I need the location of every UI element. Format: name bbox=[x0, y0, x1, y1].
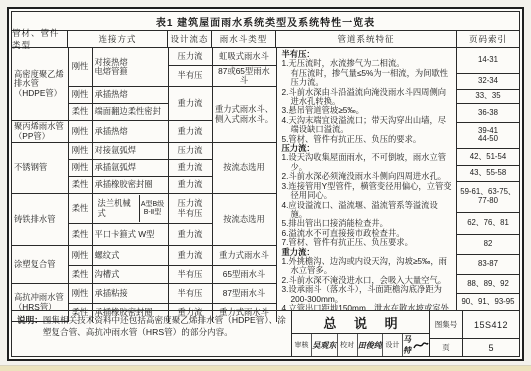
checker-label: 校对 bbox=[338, 334, 358, 356]
material-cell: 铸铁排水管 bbox=[12, 194, 68, 246]
column-header-flow: 设计流态 bbox=[168, 31, 212, 47]
connection-label: 法兰机械式 bbox=[95, 195, 140, 222]
flow-cell: 压力流 半有压 bbox=[168, 194, 212, 224]
table-header: 管材、管件类型 连接方式 设计流态 雨水斗类型 管道系统特征 页码索引 bbox=[12, 31, 519, 48]
note-cell: 说明： 图集相关技术资料中还包括高密度聚乙烯排水管（HDPE管）、涂塑复合管、高… bbox=[12, 311, 292, 356]
page-index-cell: 88、89、92 bbox=[457, 275, 519, 294]
rigidity-cell: 柔性 bbox=[68, 224, 92, 246]
flow-cell: 重力流 bbox=[168, 177, 212, 194]
rigidity-cell: 刚性 bbox=[68, 284, 92, 304]
feature-item: 4.应设溢流口、溢流堰、溢流管系等溢流设施。 bbox=[282, 201, 454, 220]
general-title: 总 说 明 bbox=[292, 311, 429, 334]
feature-item: 4.天沟末端宜设溢流口；带天沟穿出山墙，尽端设缺口溢流。 bbox=[282, 116, 454, 135]
atlas-number: 15S412 bbox=[463, 311, 519, 339]
material-cell: 高密度聚乙烯排水管（HDPE管） bbox=[12, 48, 68, 121]
flow-cell: 压力流 bbox=[168, 143, 212, 160]
feature-item: 3.连接管用Y型管件，横管变径用偏心，立管变径用同心。 bbox=[282, 182, 454, 201]
rigidity-cell: 刚性 bbox=[68, 48, 92, 87]
page-index-cell: 82 bbox=[457, 235, 519, 255]
flow-cell: 半有压 bbox=[168, 284, 212, 304]
rigidity-cell: 柔性 bbox=[68, 177, 92, 194]
flow-cell: 重力流 bbox=[168, 224, 212, 246]
page-index-cell: 33、35 bbox=[457, 90, 519, 105]
note-text: 图集相关技术资料中还包括高密度聚乙烯排水管（HDPE管）、涂塑复合管、高抗冲雨水… bbox=[43, 315, 286, 356]
drain-type-cell: 虹吸式雨水斗 bbox=[212, 48, 276, 65]
page-number-label: 页 bbox=[430, 339, 462, 356]
material-cell: 聚丙烯雨水管（PP管） bbox=[12, 121, 68, 143]
signature-mark-icon bbox=[413, 340, 429, 350]
connection-cell: 承插热熔 bbox=[92, 121, 168, 143]
atlas-number-label: 图集号 bbox=[430, 311, 462, 339]
connection-cell: 平口卡箍式 W型 bbox=[92, 224, 168, 246]
connection-cell: 法兰机械式 A型B级 B-Ⅱ型 bbox=[92, 194, 168, 224]
connection-cell: 端面翻边柔性密封 bbox=[92, 104, 168, 121]
designer-name: 马 特 bbox=[403, 334, 411, 356]
connection-cell: 承插橡胶密封圈 bbox=[92, 177, 168, 194]
flow-cell: 重力流 bbox=[168, 121, 212, 143]
feature-item: 2.斗前水深由斗沿溢流向淹没雨水斗四周侧向进水孔转换。 bbox=[282, 88, 454, 107]
page-index-cell: 42、51-54 bbox=[457, 149, 519, 165]
drain-type-cell: 87或65型雨水斗 bbox=[212, 65, 276, 87]
feature-item: 1.无压流时，水流掺气为二相流。 有压流时，掺气量≤5%为一相流，为间歇性压力流… bbox=[282, 59, 454, 87]
flow-cell: 重力流 bbox=[168, 87, 212, 121]
title-block-labels: 图集号 页 bbox=[429, 311, 463, 356]
rigidity-cell: 刚性 bbox=[68, 143, 92, 160]
signature-row: 审核 吴观东 校对 田俊纯 设计 马 特 bbox=[292, 334, 429, 356]
page-index-cell: 62、76、81 bbox=[457, 213, 519, 235]
rigidity-cell: 柔性 bbox=[68, 104, 92, 121]
drawing-frame: 表1 建筑屋面雨水系统类型及系统特性一览表 管材、管件类型 连接方式 设计流态 … bbox=[7, 7, 524, 361]
drain-type-cell: 按流态选用 bbox=[212, 143, 276, 194]
page-index-cell: 90、91、93-95 bbox=[457, 294, 519, 310]
flow-cell: 压力流 bbox=[168, 48, 212, 65]
column-header-drain: 雨水斗类型 bbox=[212, 31, 276, 47]
rigidity-cell: 刚性 bbox=[68, 121, 92, 143]
page-index-cell: 83-87 bbox=[457, 255, 519, 275]
flow-cell: 重力流 bbox=[168, 160, 212, 177]
column-header-feature: 管道系统特征 bbox=[276, 31, 457, 47]
table-body: 高密度聚乙烯排水管（HDPE管） 刚性 对接热熔 电熔管箍 压力流 虹吸式雨水斗… bbox=[12, 48, 519, 310]
feature-item: 1.设天沟收集屋面雨水，不可倒坡，雨水立管少。 bbox=[282, 153, 454, 172]
rigidity-cell: 刚性 bbox=[68, 160, 92, 177]
rigidity-cell: 柔性 bbox=[68, 194, 92, 224]
scan-edge-strip bbox=[0, 365, 531, 371]
rigidity-cell: 刚性 bbox=[68, 246, 92, 266]
page-index-column: 14-31 32-34 33、35 36-38 39-41 44-50 42、5… bbox=[457, 48, 519, 310]
drain-type-cell: 87型雨水斗 bbox=[212, 284, 276, 304]
rigidity-cell: 柔性 bbox=[68, 266, 92, 284]
column-header-page-index: 页码索引 bbox=[457, 31, 519, 47]
page-index-cell: 43、55-58 bbox=[457, 166, 519, 182]
connection-cell: 螺纹式 bbox=[92, 246, 168, 266]
drain-type-cell: 重力式雨水斗、 侧入式雨水斗。 bbox=[212, 87, 276, 143]
column-header-material: 管材、管件类型 bbox=[12, 31, 68, 47]
material-cell: 不锈钢管 bbox=[12, 143, 68, 194]
table-title: 表1 建筑屋面雨水系统类型及系统特性一览表 bbox=[12, 12, 519, 31]
feature-item: 1.外挑檐沟、边沟或内设天沟，沟坡≥5‰，雨水立管多。 bbox=[282, 257, 454, 276]
page-index-cell: 36-38 bbox=[457, 104, 519, 122]
designer-label: 设计 bbox=[383, 334, 403, 356]
connection-cell: 对接热熔 电熔管箍 bbox=[92, 48, 168, 87]
pipe-material-table: 高密度聚乙烯排水管（HDPE管） 刚性 对接热熔 电熔管箍 压力流 虹吸式雨水斗… bbox=[12, 48, 277, 322]
page-index-cell: 39-41 44-50 bbox=[457, 123, 519, 150]
drain-type-cell: 65型雨水斗 bbox=[212, 266, 276, 284]
flow-cell: 半有压 bbox=[168, 266, 212, 284]
page-index-cell: 59-61、63-75、 77-80 bbox=[457, 182, 519, 212]
material-cell: 涂塑复合管 bbox=[12, 246, 68, 284]
reviewer-signature: 吴观东 bbox=[312, 334, 338, 356]
title-block-values: 15S412 5 bbox=[463, 311, 519, 356]
page-index-cell: 32-34 bbox=[457, 74, 519, 90]
designer-signature: 马 特 bbox=[403, 334, 429, 356]
flow-cell: 半有压 bbox=[168, 65, 212, 87]
system-feature-column: 半有压： 1.无压流时，水流掺气为二相流。 有压流时，掺气量≤5%为一相流，为间… bbox=[277, 48, 458, 310]
connection-type-code: A型B级 B-Ⅱ型 bbox=[140, 195, 166, 222]
connection-cell: 沟槽式 bbox=[92, 266, 168, 284]
table-outline: 表1 建筑屋面雨水系统类型及系统特性一览表 管材、管件类型 连接方式 设计流态 … bbox=[11, 11, 520, 357]
connection-cell: 承插热熔 bbox=[92, 87, 168, 104]
page-number: 5 bbox=[463, 339, 519, 356]
feature-item: 3.设承雨斗（落水斗），斗面距檐沟底净距为200-300mm。 bbox=[282, 285, 454, 304]
column-header-connection: 连接方式 bbox=[68, 31, 168, 47]
drain-type-cell: 重力式雨水斗 bbox=[212, 246, 276, 266]
page-index-cell: 14-31 bbox=[457, 48, 519, 74]
checker-signature: 田俊纯 bbox=[358, 334, 384, 356]
connection-cell: 对接氩弧焊 bbox=[92, 143, 168, 160]
connection-cell: 承插氩弧焊 bbox=[92, 160, 168, 177]
connection-cell: 承插粘接 bbox=[92, 284, 168, 304]
title-block-row: 说明： 图集相关技术资料中还包括高密度聚乙烯排水管（HDPE管）、涂塑复合管、高… bbox=[12, 310, 519, 356]
note-label: 说明： bbox=[17, 315, 43, 356]
drain-type-cell: 按流态选用 bbox=[212, 194, 276, 246]
title-block: 总 说 明 审核 吴观东 校对 田俊纯 设计 马 特 bbox=[292, 311, 519, 356]
rigidity-cell: 刚性 bbox=[68, 87, 92, 104]
flow-cell: 重力流 bbox=[168, 246, 212, 266]
reviewer-label: 审核 bbox=[292, 334, 312, 356]
